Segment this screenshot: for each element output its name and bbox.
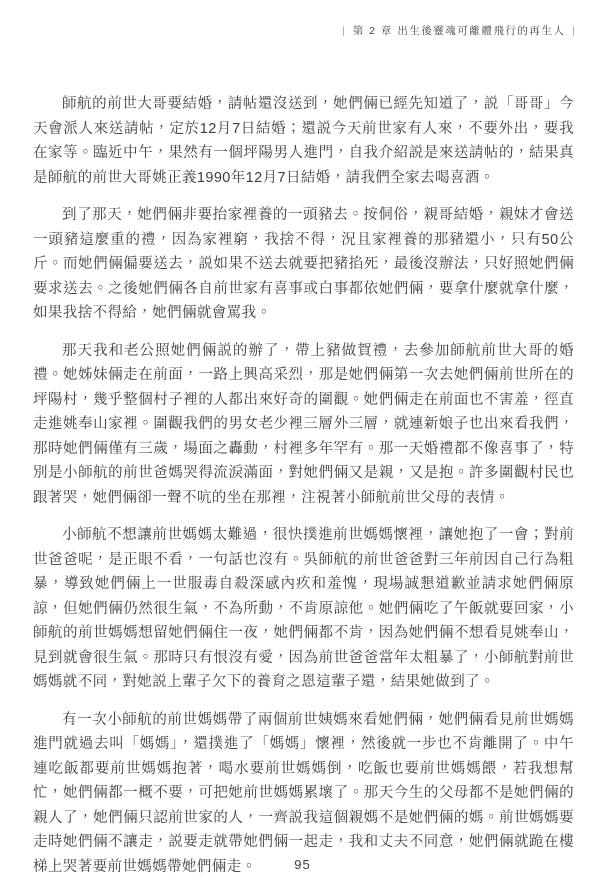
header-delimiter-left: | xyxy=(342,24,347,38)
paragraph-2: 到了那天，她們倆非要抬家裡養的一頭豬去。按侗俗，親哥結婚，親妹才會送一頭豬這麼重… xyxy=(33,203,574,326)
paragraph-5: 有一次小師航的前世媽媽帶了兩個前世姨媽來看她們倆，她們倆看見前世媽媽進門就過去叫… xyxy=(33,708,574,880)
book-page: | 第 2 章 出生後靈魂可離體飛行的再生人 | 師航的前世大哥要結婚，請帖還沒… xyxy=(0,0,605,896)
page-footer: 95 xyxy=(0,856,605,874)
chapter-title: 第 2 章 出生後靈魂可離體飛行的再生人 xyxy=(353,25,566,37)
paragraph-1: 師航的前世大哥要結婚，請帖還沒送到，她們倆已經先知道了，説「哥哥」今天會派人來送… xyxy=(33,92,574,190)
paragraph-4: 小師航不想讓前世媽媽太難過，很快撲進前世媽媽懷裡，讓她抱了一會；對前世爸爸呢，是… xyxy=(33,523,574,695)
header-delimiter-right: | xyxy=(571,24,576,38)
running-header: | 第 2 章 出生後靈魂可離體飛行的再生人 | xyxy=(340,24,578,38)
paragraph-3: 那天我和老公照她們倆説的辦了，帶上豬做賀禮，去參加師航前世大哥的婚禮。她姊妹倆走… xyxy=(33,339,574,511)
page-number: 95 xyxy=(294,857,310,872)
page-body: 師航的前世大哥要結婚，請帖還沒送到，她們倆已經先知道了，説「哥哥」今天會派人來送… xyxy=(33,92,574,892)
